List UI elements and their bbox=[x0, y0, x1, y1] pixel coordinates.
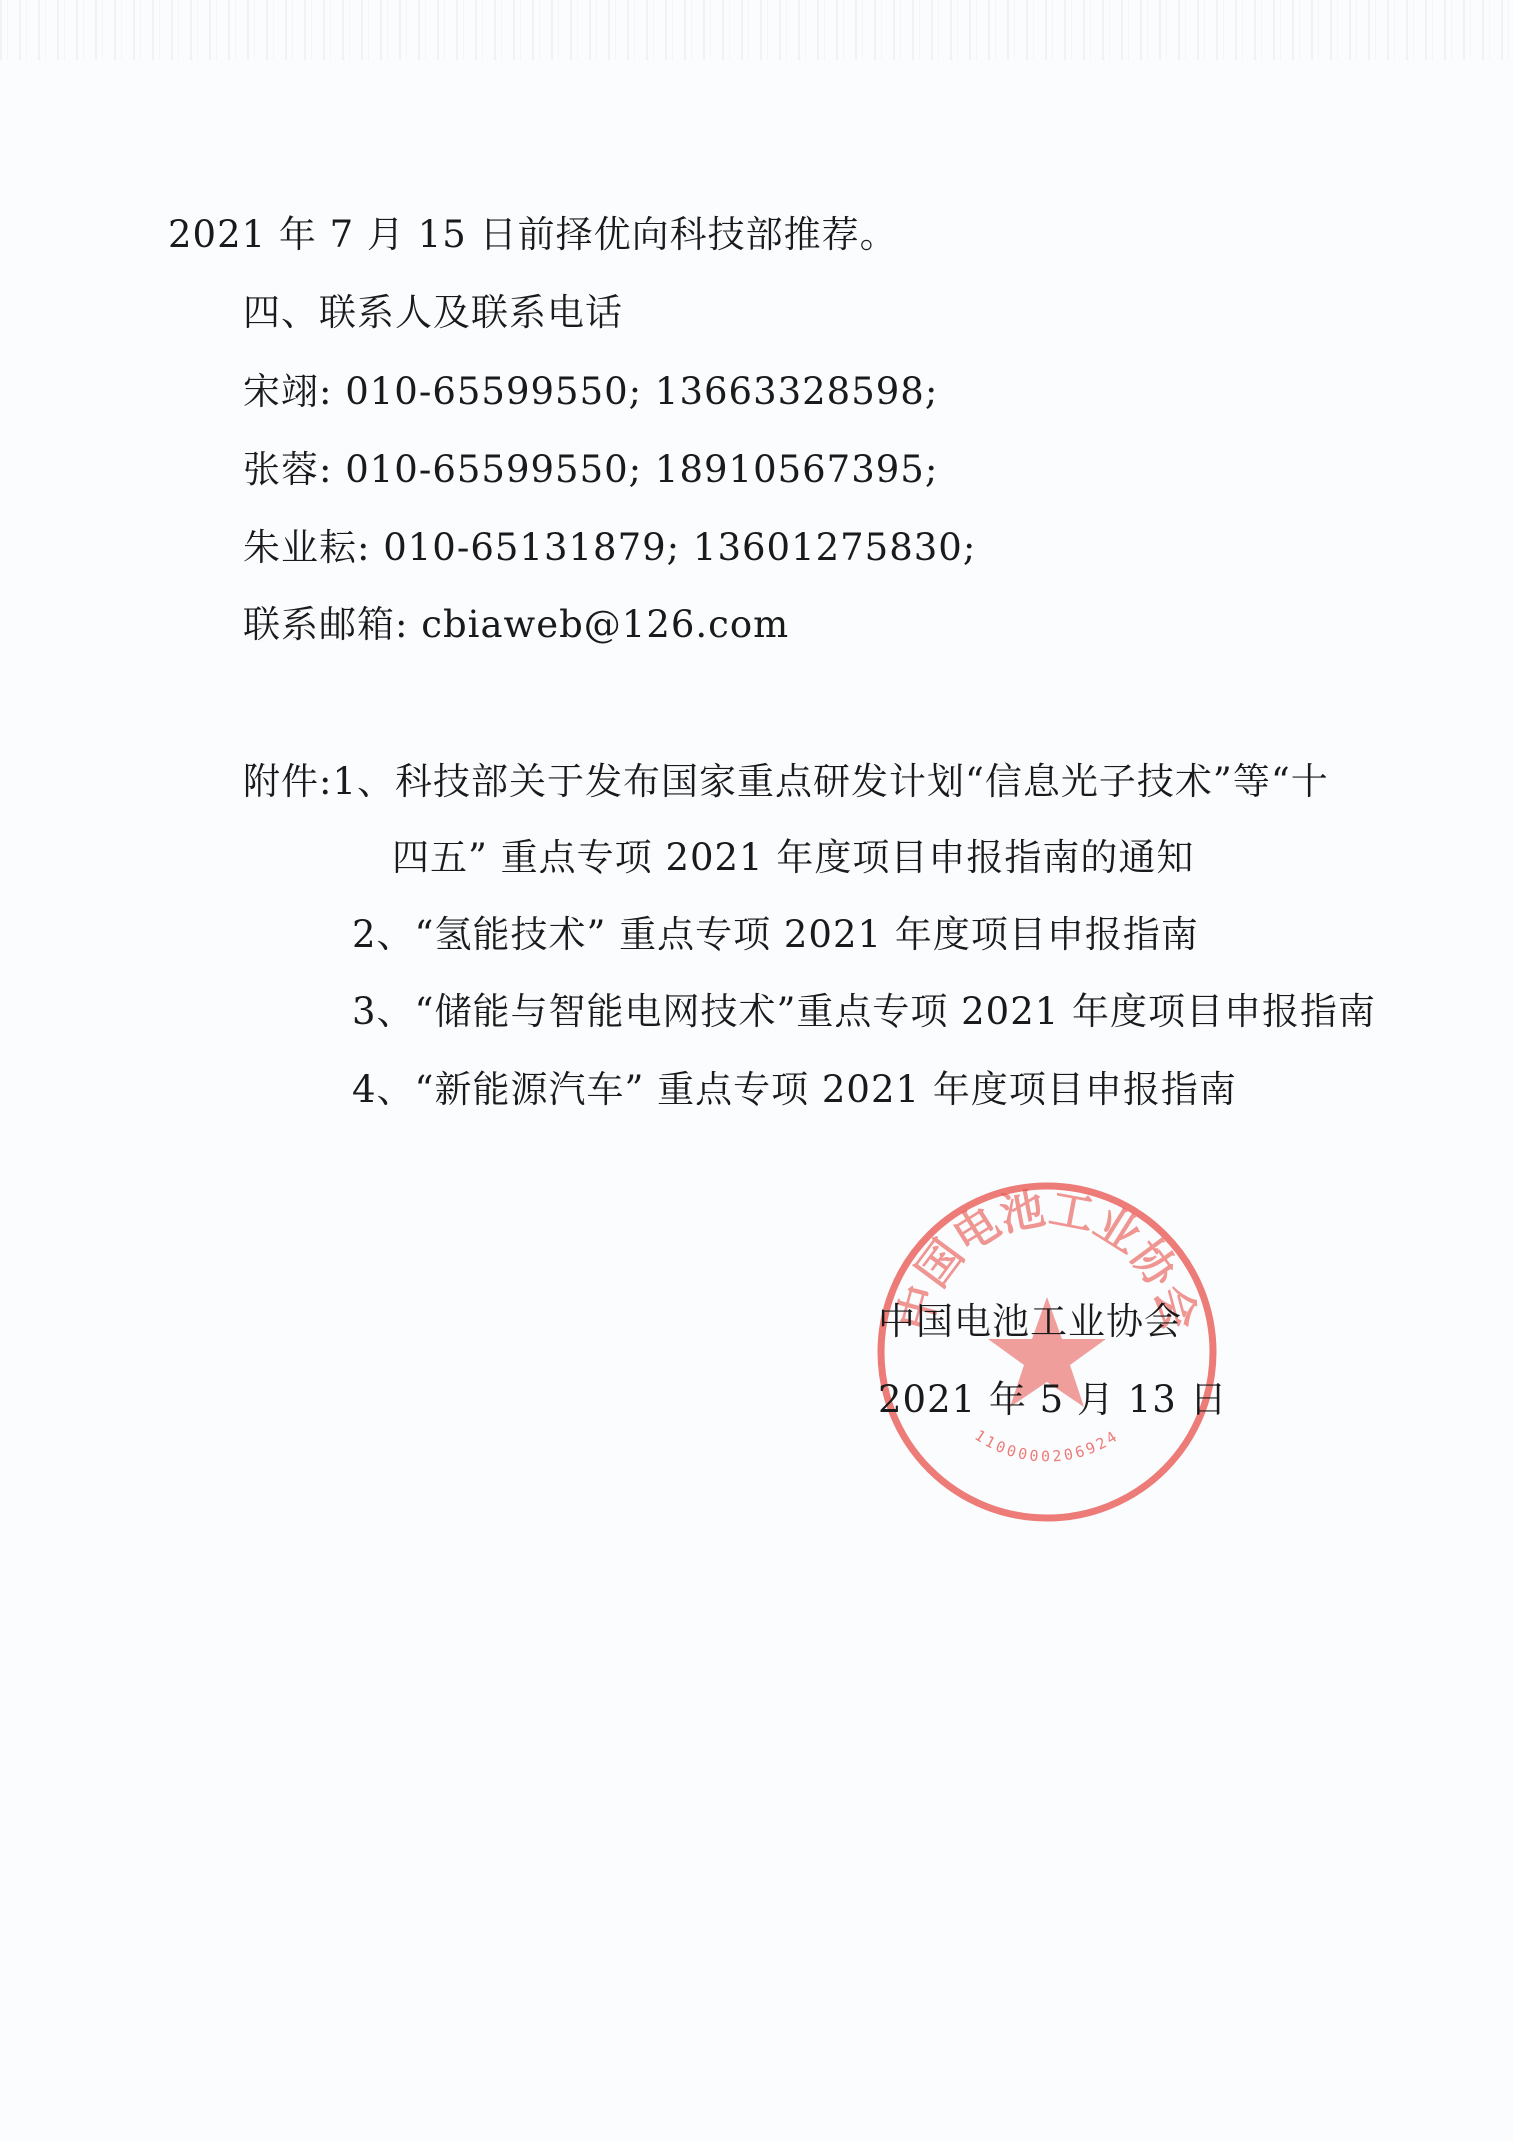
signature-date: 2021 年 5 月 13 日 bbox=[878, 1378, 1228, 1422]
official-seal-icon: 中国电池工业协会 1100000206924 bbox=[874, 1179, 1220, 1525]
attachment-1-line1: 1、科技部关于发布国家重点研发计划“信息光子技术”等“十 bbox=[332, 760, 1328, 803]
scan-artifact bbox=[0, 0, 1513, 60]
attachments-block: 附件:1、科技部关于发布国家重点研发计划“信息光子技术”等“十 bbox=[243, 760, 1329, 804]
contact-email: 联系邮箱: cbiaweb@126.com bbox=[243, 603, 789, 647]
continuation-line: 2021 年 7 月 15 日前择优向科技部推荐。 bbox=[168, 213, 898, 257]
contact-zhu-yeyun: 朱业耘: 010-65131879; 13601275830; bbox=[243, 526, 976, 570]
signature-organization: 中国电池工业协会 bbox=[878, 1300, 1182, 1344]
attachment-4: 4、“新能源汽车” 重点专项 2021 年度项目申报指南 bbox=[352, 1068, 1237, 1112]
attachment-3: 3、“储能与智能电网技术”重点专项 2021 年度项目申报指南 bbox=[352, 990, 1376, 1034]
contact-song-yi: 宋翊: 010-65599550; 13663328598; bbox=[243, 370, 938, 414]
attachment-1-line2: 四五” 重点专项 2021 年度项目申报指南的通知 bbox=[392, 836, 1194, 880]
section-heading: 四、联系人及联系电话 bbox=[243, 291, 623, 335]
attachment-2: 2、“氢能技术” 重点专项 2021 年度项目申报指南 bbox=[352, 913, 1199, 957]
contact-zhang-rong: 张蓉: 010-65599550; 18910567395; bbox=[243, 448, 938, 492]
attachments-label: 附件: bbox=[243, 760, 332, 803]
svg-text:1100000206924: 1100000206924 bbox=[971, 1426, 1122, 1465]
